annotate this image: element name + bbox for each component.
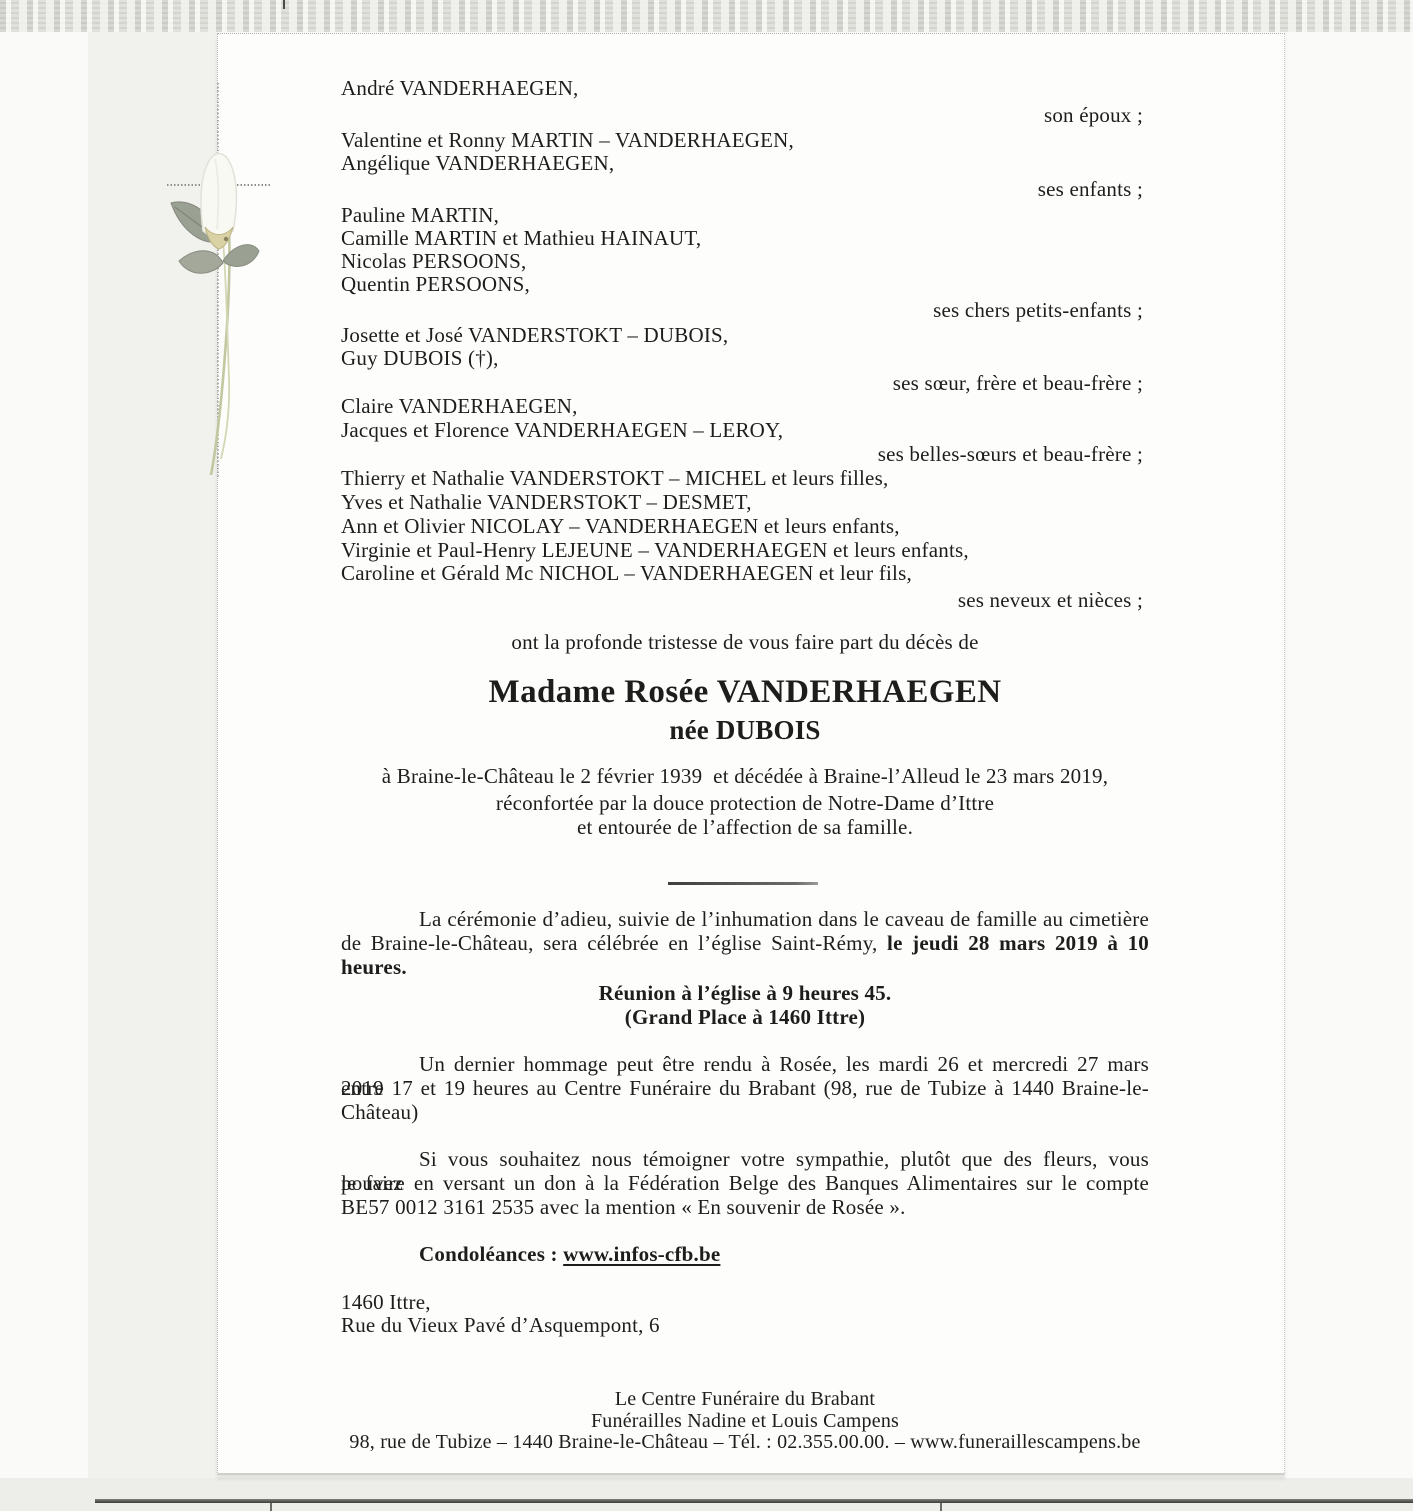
relation-label: son époux ; [341, 103, 1149, 127]
funeral-home-contact: 98, rue de Tubize – 1440 Braine-le-Châte… [341, 1431, 1149, 1453]
family-name-line: Camille MARTIN et Mathieu HAINAUT, [341, 226, 1149, 250]
rose-and-cross-graphic [163, 79, 275, 481]
scanner-noise-band [0, 0, 1413, 32]
sender-city-line: 1460 Ittre, [341, 1290, 1149, 1314]
family-name-line: Ann et Olivier NICOLAY – VANDERHAEGEN et… [341, 514, 1149, 538]
relation-label: ses neveux et nièces ; [341, 588, 1149, 612]
family-name-line: Pauline MARTIN, [341, 203, 1149, 227]
family-name-line: Caroline et Gérald Mc NICHOL – VANDERHAE… [341, 561, 1149, 585]
family-name-line: Yves et Nathalie VANDERSTOKT – DESMET, [341, 490, 1149, 514]
meeting-line: Réunion à l’église à 9 heures 45. [341, 981, 1149, 1005]
relation-label: ses enfants ; [341, 177, 1149, 201]
life-dates-line: à Braine-le-Château le 2 février 1939 et… [341, 764, 1149, 788]
intro-line: ont la profonde tristesse de vous faire … [341, 630, 1149, 654]
family-name-line: Claire VANDERHAEGEN, [341, 394, 1149, 418]
funeral-home-owners: Funérailles Nadine et Louis Campens [341, 1410, 1149, 1432]
meeting-location-line: (Grand Place à 1460 Ittre) [341, 1005, 1149, 1029]
life-dates-line: et entourée de l’affection de sa famille… [341, 815, 1149, 839]
condolences-url: www.infos-cfb.be [563, 1242, 720, 1266]
condolences-line: Condoléances : www.infos-cfb.be [341, 1242, 1149, 1266]
deceased-name: Madame Rosée VANDERHAEGEN [341, 674, 1149, 710]
relation-label: ses sœur, frère et beau-frère ; [341, 371, 1149, 395]
sender-street-line: Rue du Vieux Pavé d’Asquempont, 6 [341, 1313, 1149, 1337]
condolences-label: Condoléances : [419, 1242, 563, 1266]
family-name-line: André VANDERHAEGEN, [341, 76, 1149, 100]
rose-icon [171, 154, 259, 476]
separator-rule [668, 882, 818, 885]
family-name-line: Guy DUBOIS (†), [341, 346, 1149, 370]
family-name-line: Josette et José VANDERSTOKT – DUBOIS, [341, 323, 1149, 347]
scan-edge-line [95, 1499, 1413, 1503]
scan-artifact-tick [940, 1503, 942, 1511]
relation-label: ses belles-sœurs et beau-frère ; [341, 442, 1149, 466]
life-dates-line: réconfortée par la douce protection de N… [341, 791, 1149, 815]
scan-artifact-tick [270, 1503, 272, 1511]
ceremony-text: de Braine-le-Château, sera célébrée en l… [341, 931, 887, 955]
homage-line: entre 17 et 19 heures au Centre Funérair… [341, 1076, 1149, 1100]
family-name-line: Angélique VANDERHAEGEN, [341, 151, 1149, 175]
ceremony-line: La cérémonie d’adieu, suivie de l’inhuma… [341, 907, 1149, 931]
scan-artifact-tick [283, 0, 285, 9]
family-name-line: Quentin PERSOONS, [341, 272, 1149, 296]
mourning-card-page: André VANDERHAEGEN, son époux ; Valentin… [217, 33, 1285, 1475]
scan-bottom-shading [0, 1478, 1413, 1511]
donation-line: le faire en versant un don à la Fédérati… [341, 1171, 1149, 1195]
relation-label: ses chers petits-enfants ; [341, 298, 1149, 322]
ceremony-line: de Braine-le-Château, sera célébrée en l… [341, 931, 1149, 979]
homage-line: Château) [341, 1100, 1149, 1124]
family-name-line: Valentine et Ronny MARTIN – VANDERHAEGEN… [341, 128, 1149, 152]
family-name-line: Nicolas PERSOONS, [341, 249, 1149, 273]
family-name-line: Thierry et Nathalie VANDERSTOKT – MICHEL… [341, 466, 1149, 490]
donation-account-line: BE57 0012 3161 2535 avec la mention « En… [341, 1195, 1149, 1219]
maiden-name: née DUBOIS [341, 715, 1149, 745]
funeral-home-name: Le Centre Funéraire du Brabant [341, 1388, 1149, 1410]
family-name-line: Jacques et Florence VANDERHAEGEN – LEROY… [341, 418, 1149, 442]
family-name-line: Virginie et Paul-Henry LEJEUNE – VANDERH… [341, 538, 1149, 562]
